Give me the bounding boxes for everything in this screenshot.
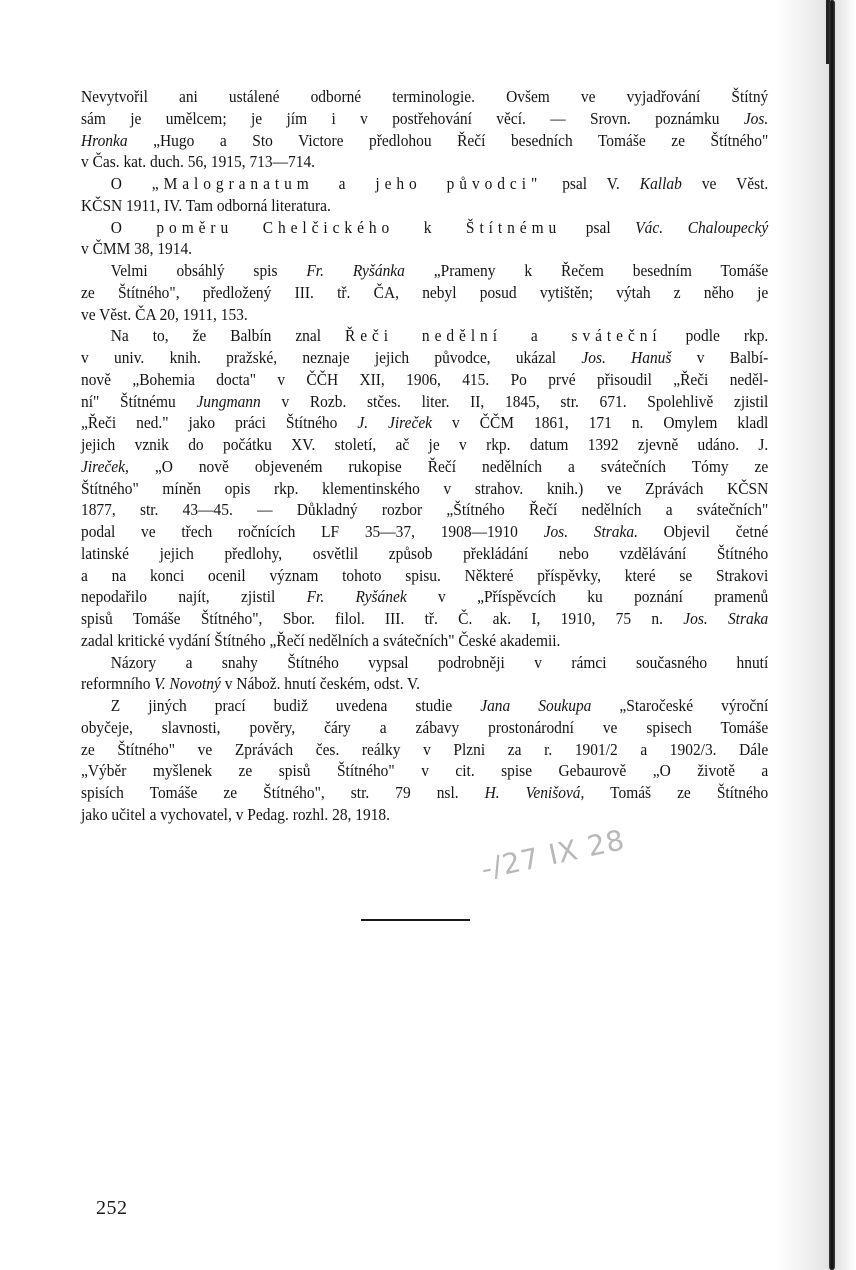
author-name: Jos. Straka. xyxy=(544,522,638,541)
text-line: nepodařilo najít, zjistil Fr. Ryšánek v … xyxy=(81,586,768,608)
text-line: Z jiných prací budiž uvedena studie Jana… xyxy=(81,695,768,717)
handwritten-date-note: -/27 IX 28 xyxy=(478,823,628,886)
text-line: v Čas. kat. duch. 56, 1915, 713—714. xyxy=(81,151,768,173)
text-line: sám je umělcem; je jím i v postřehování … xyxy=(81,108,768,130)
text-line: latinské jejich předlohy, osvětlil způso… xyxy=(81,543,768,565)
text-line: v ČMM 38, 1914. xyxy=(81,238,768,260)
author-name: H. Venišová, xyxy=(485,783,585,802)
author-name: Jos. Straka xyxy=(683,609,768,628)
text-line: spisů Tomáše Štítného", Sbor. filol. III… xyxy=(81,608,768,630)
author-name: Jos. xyxy=(744,109,768,128)
page-number: 252 xyxy=(96,1197,128,1220)
scanned-book-page: Nevytvořil ani ustálené odborné terminol… xyxy=(0,0,856,1270)
page-edge-shadow xyxy=(776,0,856,1270)
text-line: v univ. knih. pražské, neznaje jejich pů… xyxy=(81,347,768,369)
text-line: „Řeči ned." jako práci Štítného J. Jireč… xyxy=(81,412,768,434)
text-line: ve Věst. ČA 20, 1911, 153. xyxy=(81,304,768,326)
body-text: Nevytvořil ani ustálené odborné terminol… xyxy=(81,86,768,826)
text-line: „Výběr myšlenek ze spisů Štítného" v cit… xyxy=(81,760,768,782)
author-name: Kallab xyxy=(640,174,682,193)
text-line: jejich vznik do počátku XV. století, ač … xyxy=(81,434,768,456)
text-line: Velmi obsáhlý spis Fr. Ryšánka „Prameny … xyxy=(81,260,768,282)
text-line: 1877, str. 43—45. — Důkladný rozbor „Ští… xyxy=(81,499,768,521)
text-line: Názory a snahy Štítného vypsal podrobněj… xyxy=(81,652,768,674)
text-line: obyčeje, slavnosti, pověry, čáry a zábav… xyxy=(81,717,768,739)
text-line: spisích Tomáše ze Štítného", str. 79 nsl… xyxy=(81,782,768,804)
text-line: Jireček, „O nově objeveném rukopise Řečí… xyxy=(81,456,768,478)
text-line: O „Malogranatum a jeho původci" psal V. … xyxy=(81,173,768,195)
text-line: KČSN 1911, IV. Tam odborná literatura. xyxy=(81,195,768,217)
text-line: Štítného" míněn opis rkp. klementinského… xyxy=(81,478,768,500)
author-name: Vác. Chaloupecký xyxy=(635,218,768,237)
text-line: jako učitel a vychovatel, v Pedag. rozhl… xyxy=(81,804,768,826)
text-line: reformního V. Novotný v Nábož. hnutí čes… xyxy=(81,673,768,695)
text-line: ze Štítného" ve Zprávách čes. reálky v P… xyxy=(81,739,768,761)
author-name: V. Novotný xyxy=(154,674,221,693)
spaced-title: O „Malogranatum a jeho původci" xyxy=(111,174,542,193)
text-line: Na to, že Balbín znal Řeči nedělní a svá… xyxy=(81,325,768,347)
text-line: Hronka „Hugo a Sto Victore předlohou Řeč… xyxy=(81,130,768,152)
text-line: O poměru Chelčického k Štítnému psal Vác… xyxy=(81,217,768,239)
author-name: Fr. Ryšánek xyxy=(307,587,407,606)
text-line: podal ve třech ročnících LF 35—37, 1908—… xyxy=(81,521,768,543)
text-line: ze Štítného", předložený III. tř. ČA, ne… xyxy=(81,282,768,304)
text-line: Nevytvořil ani ustálené odborné terminol… xyxy=(81,86,768,108)
author-name: Jungmann xyxy=(196,392,260,411)
text-line: a na konci ocenil význam tohoto spisu. N… xyxy=(81,565,768,587)
author-name: Jos. Hanuš xyxy=(581,348,671,367)
text-line: ní" Štítnému Jungmann v Rozb. stčes. lit… xyxy=(81,391,768,413)
section-end-rule xyxy=(361,919,470,921)
author-name: Fr. Ryšánka xyxy=(306,261,404,280)
spaced-title: O poměru Chelčického k Štítnému xyxy=(111,218,561,237)
author-name: Jireček, xyxy=(81,457,129,476)
text-line: zadal kritické vydání Štítného „Řečí ned… xyxy=(81,630,768,652)
page-edge-binding xyxy=(829,0,835,1270)
author-name: Jana Soukupa xyxy=(480,696,591,715)
author-name: Hronka xyxy=(81,131,128,150)
text-line: nově „Bohemia docta" v ČČH XII, 1906, 41… xyxy=(81,369,768,391)
author-name: J. Jireček xyxy=(357,413,432,432)
spaced-title: Řeči nedělní a sváteční xyxy=(345,326,662,345)
